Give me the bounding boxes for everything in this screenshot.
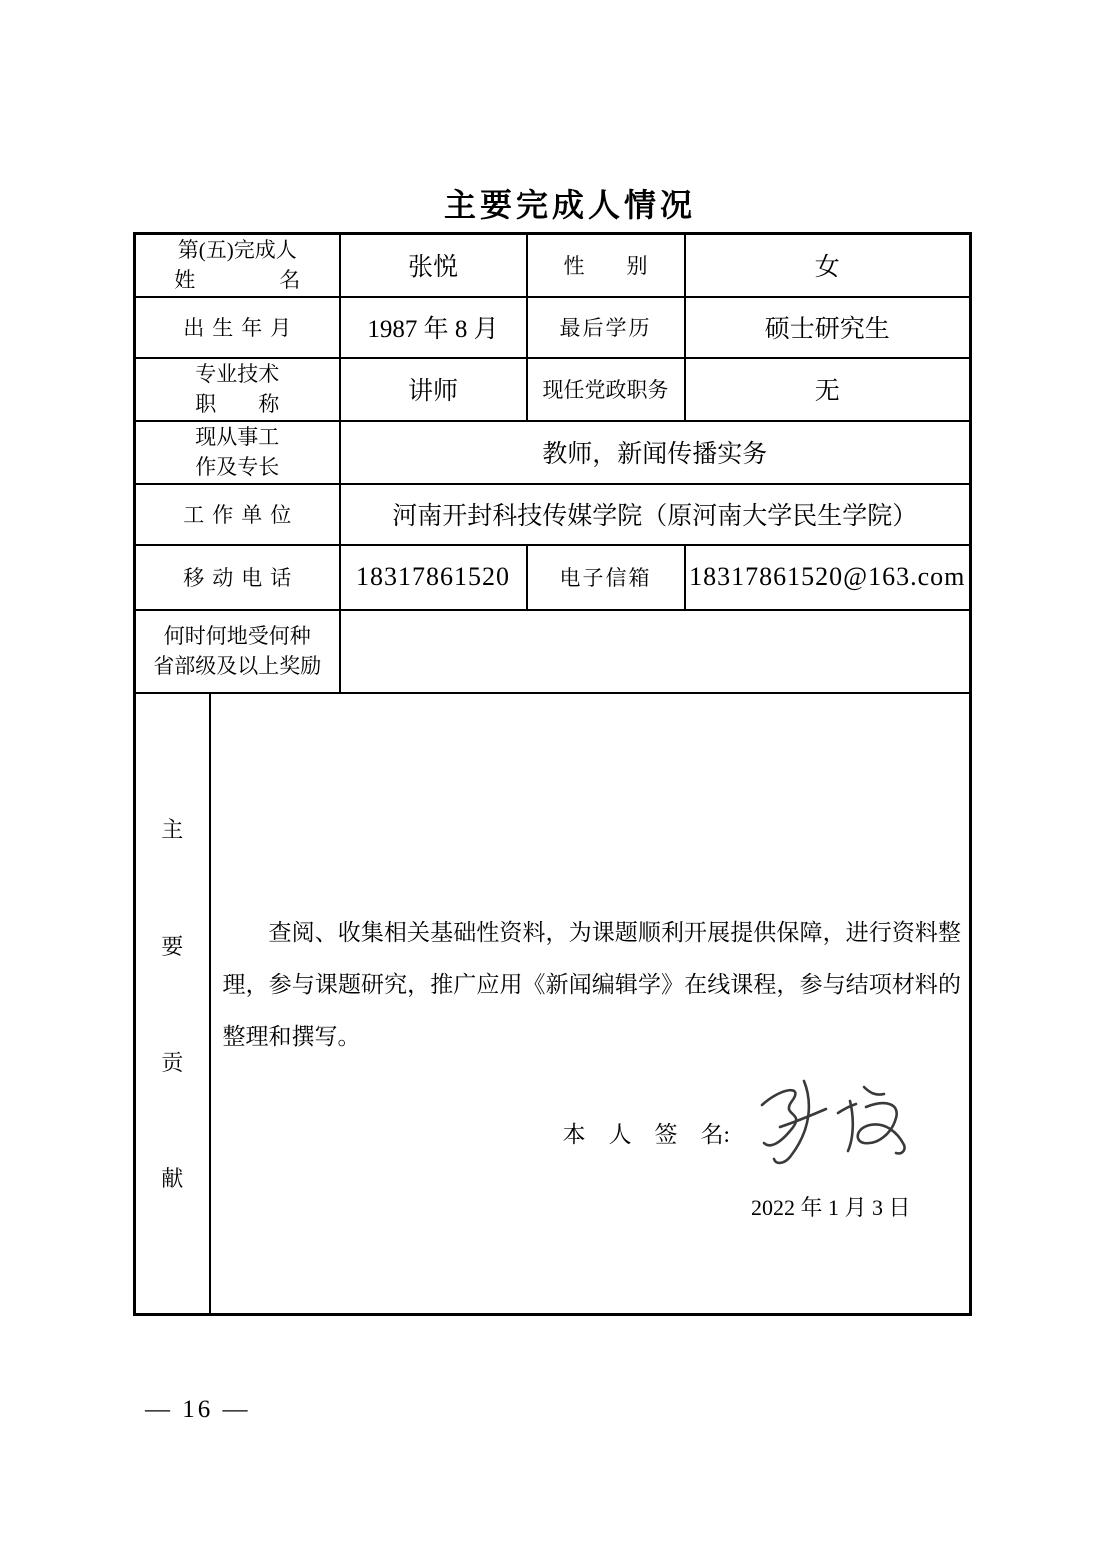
party-post-value: 无 xyxy=(685,358,971,421)
employer-label: 工作单位 xyxy=(135,484,340,545)
row-contribution: 主 要 贡 献 查阅、收集相关基础性资料，为课题顺利开展提供保障，进行资料整理，… xyxy=(135,693,971,1315)
contribution-text: 查阅、收集相关基础性资料，为课题顺利开展提供保障，进行资料整理，参与课题研究，推… xyxy=(223,907,962,1063)
contribution-label-char: 要 xyxy=(161,930,183,961)
birth-date-label: 出生年月 xyxy=(135,297,340,358)
completer-name-label-line1: 第(五)完成人 xyxy=(136,235,339,265)
contribution-label-char: 贡 xyxy=(161,1046,183,1077)
awards-value xyxy=(340,610,971,693)
education-value: 硕士研究生 xyxy=(685,297,971,358)
mobile-label: 移动电话 xyxy=(135,545,340,610)
completer-name-value: 张悦 xyxy=(340,234,527,297)
completer-name-label: 第(五)完成人 姓 名 xyxy=(135,234,340,297)
party-post-label: 现任党政职务 xyxy=(527,358,685,421)
email-value: 18317861520@163.com xyxy=(685,545,971,610)
contribution-label-char: 主 xyxy=(161,813,183,844)
signature-label: 本 人 签 名: xyxy=(563,1116,730,1149)
signature-row: 本 人 签 名: xyxy=(563,1081,970,1185)
prof-title-label-line2: 职 称 xyxy=(136,389,339,419)
education-label: 最后学历 xyxy=(527,297,685,358)
page-title: 主要完成人情况 xyxy=(152,180,988,226)
current-work-value: 教师，新闻传播实务 xyxy=(340,421,971,484)
document-page: 主要完成人情况 第(五)完成人 姓 名 张悦 性 别 女 出生年月 1987 年… xyxy=(0,0,1102,1559)
row-awards: 何时何地受何种 省部级及以上奖励 xyxy=(135,610,971,693)
employer-value: 河南开封科技传媒学院（原河南大学民生学院） xyxy=(340,484,971,545)
birth-date-value: 1987 年 8 月 xyxy=(340,297,527,358)
mobile-value: 18317861520 xyxy=(340,545,527,610)
contribution-label: 主 要 贡 献 xyxy=(135,693,210,1315)
contribution-label-char: 献 xyxy=(161,1162,183,1193)
signature-date: 2022 年 1 月 3 日 xyxy=(693,1191,970,1222)
awards-label-line1: 何时何地受何种 xyxy=(136,621,339,651)
awards-label: 何时何地受何种 省部级及以上奖励 xyxy=(135,610,340,693)
contribution-cell: 查阅、收集相关基础性资料，为课题顺利开展提供保障，进行资料整理，参与课题研究，推… xyxy=(210,693,971,1315)
prof-title-label: 专业技术 职 称 xyxy=(135,358,340,421)
prof-title-value: 讲师 xyxy=(340,358,527,421)
current-work-label: 现从事工 作及专长 xyxy=(135,421,340,484)
row-title-post: 专业技术 职 称 讲师 现任党政职务 无 xyxy=(135,358,971,421)
contribution-label-chars: 主 要 贡 献 xyxy=(136,813,209,1193)
row-current-work: 现从事工 作及专长 教师，新闻传播实务 xyxy=(135,421,971,484)
row-birth-education: 出生年月 1987 年 8 月 最后学历 硕士研究生 xyxy=(135,297,971,358)
row-employer: 工作单位 河南开封科技传媒学院（原河南大学民生学院） xyxy=(135,484,971,545)
signature-handwriting xyxy=(746,1071,916,1180)
page-number: — 16 — xyxy=(145,1396,251,1424)
gender-label: 性 别 xyxy=(527,234,685,297)
row-contact: 移动电话 18317861520 电子信箱 18317861520@163.co… xyxy=(135,545,971,610)
prof-title-label-line1: 专业技术 xyxy=(136,359,339,389)
current-work-label-line2: 作及专长 xyxy=(136,452,339,482)
row-name-gender: 第(五)完成人 姓 名 张悦 性 别 女 xyxy=(135,234,971,297)
completer-name-label-line2: 姓 名 xyxy=(136,265,339,295)
email-label: 电子信箱 xyxy=(527,545,685,610)
current-work-label-line1: 现从事工 xyxy=(136,422,339,452)
awards-label-line2: 省部级及以上奖励 xyxy=(136,651,339,681)
gender-value: 女 xyxy=(685,234,971,297)
completer-info-table: 第(五)完成人 姓 名 张悦 性 别 女 出生年月 1987 年 8 月 最后学… xyxy=(133,232,972,1316)
